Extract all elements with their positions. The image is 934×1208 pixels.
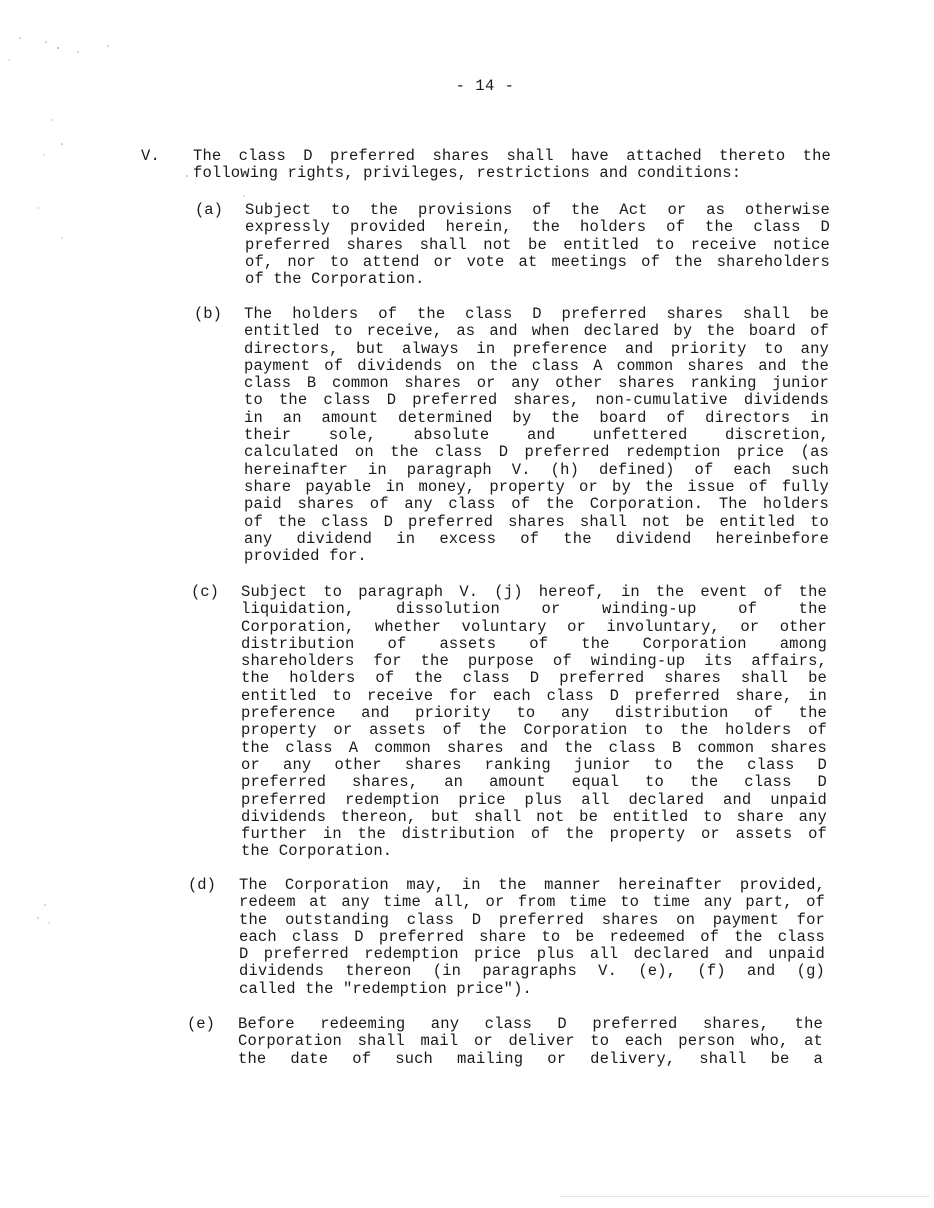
paragraph-line: dividends thereon, but shall not be enti… — [241, 809, 827, 826]
paragraph-line: preferred shares, an amount equal to the… — [241, 774, 827, 791]
paragraph-marker: (a) — [195, 202, 223, 219]
paragraph-line: of the Corporation. — [245, 271, 830, 288]
paragraph-line: Corporation, whether voluntary or involu… — [241, 619, 827, 636]
paragraph-line: preference and priority to any distribut… — [241, 705, 827, 722]
paragraph-marker: (d) — [188, 877, 216, 894]
paragraph-line: share payable in money, property or by t… — [244, 479, 829, 496]
paragraph-body: Subject to the provisions of the Act or … — [245, 202, 830, 288]
paragraph-line: the Corporation. — [241, 843, 827, 860]
paragraph-line: the outstanding class D preferred shares… — [239, 912, 825, 929]
paragraph-line: any dividend in excess of the dividend h… — [244, 531, 829, 548]
paragraph-line: called the "redemption price"). — [239, 981, 825, 998]
paragraph-line: of the class D preferred shares shall no… — [244, 514, 829, 531]
page-bottom-edge — [560, 1196, 930, 1197]
section-intro: The class D preferred shares shall have … — [193, 148, 831, 183]
paragraph-body: The Corporation may, in the manner herei… — [239, 877, 825, 998]
paragraph-line: the date of such mailing or delivery, sh… — [238, 1051, 823, 1068]
page-number: - 14 - — [0, 77, 934, 95]
paragraph-line: The Corporation may, in the manner herei… — [239, 877, 825, 894]
paragraph-line: shareholders for the purpose of winding-… — [241, 653, 827, 670]
paragraph-line: redeem at any time all, or from time to … — [239, 894, 825, 911]
intro-line: following rights, privileges, restrictio… — [193, 165, 814, 182]
paragraph-line: preferred redemption price plus all decl… — [241, 792, 827, 809]
paragraph-line: each class D preferred share to be redee… — [239, 929, 825, 946]
paragraph-line: entitled to receive, as and when declare… — [244, 323, 829, 340]
paragraph-line: payment of dividends on the class A comm… — [244, 358, 829, 375]
paragraph-line: property or assets of the Corporation to… — [241, 722, 827, 739]
paragraph-line: to the class D preferred shares, non-cum… — [244, 392, 829, 409]
paragraph-line: paid shares of any class of the Corporat… — [244, 496, 829, 513]
paragraph-line: provided for. — [244, 548, 829, 565]
paragraph-line: in an amount determined by the board of … — [244, 410, 829, 427]
paragraph-line: further in the distribution of the prope… — [241, 826, 827, 843]
paragraph-line: Before redeeming any class D preferred s… — [238, 1016, 823, 1033]
paragraph-line: the holders of the class D preferred sha… — [241, 670, 827, 687]
paragraph-line: calculated on the class D preferred rede… — [244, 444, 829, 461]
paragraph-body: The holders of the class D preferred sha… — [244, 306, 829, 565]
paragraph-line: liquidation, dissolution or winding-up o… — [241, 601, 827, 618]
paragraph-body: Before redeeming any class D preferred s… — [238, 1016, 823, 1068]
paragraph-line: their sole, absolute and unfettered disc… — [244, 427, 829, 444]
paragraph-marker: (c) — [191, 584, 219, 601]
paragraph-marker: (e) — [187, 1016, 215, 1033]
paragraph-line: The holders of the class D preferred sha… — [244, 306, 829, 323]
paragraph-line: preferred shares shall not be entitled t… — [245, 237, 830, 254]
intro-line: The class D preferred shares shall have … — [193, 148, 831, 165]
paragraph-line: entitled to receive for each class D pre… — [241, 688, 827, 705]
paragraph-line: distribution of assets of the Corporatio… — [241, 636, 827, 653]
paragraph-line: hereinafter in paragraph V. (h) defined)… — [244, 462, 829, 479]
document-page: - 14 - V. The class D preferred shares s… — [0, 0, 934, 1208]
paragraph-line: directors, but always in preference and … — [244, 341, 829, 358]
paragraph-body: Subject to paragraph V. (j) hereof, in t… — [241, 584, 827, 861]
paragraph-line: or any other shares ranking junior to th… — [241, 757, 827, 774]
paragraph-marker: (b) — [194, 306, 222, 323]
section-marker: V. — [141, 148, 160, 165]
paragraph-line: Corporation shall mail or deliver to eac… — [238, 1033, 823, 1050]
paragraph-line: of, nor to attend or vote at meetings of… — [245, 254, 830, 271]
paragraph-line: D preferred redemption price plus all de… — [239, 946, 825, 963]
paragraph-line: expressly provided herein, the holders o… — [245, 219, 830, 236]
paragraph-line: Subject to paragraph V. (j) hereof, in t… — [241, 584, 827, 601]
paragraph-line: class B common shares or any other share… — [244, 375, 829, 392]
paragraph-line: the class A common shares and the class … — [241, 740, 827, 757]
paragraph-line: Subject to the provisions of the Act or … — [245, 202, 830, 219]
paragraph-line: dividends thereon (in paragraphs V. (e),… — [239, 963, 825, 980]
